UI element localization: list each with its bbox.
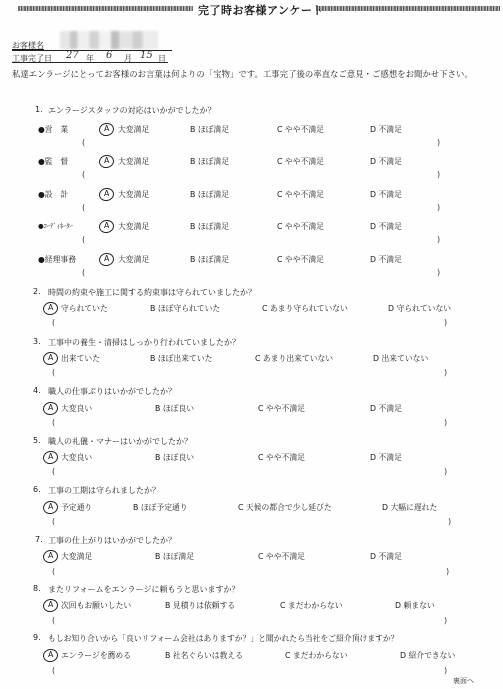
- q2-comment-open: (: [52, 318, 55, 327]
- q4-comment-open: (: [52, 418, 55, 427]
- q1-supervisor-comment-close: ): [437, 170, 440, 179]
- q1-supervisor-option-b[interactable]: B ほぼ満足: [190, 156, 229, 167]
- q1-coordinator-comment-open: (: [82, 235, 85, 244]
- q6-option-a-letter: A: [48, 502, 53, 511]
- q6-option-d[interactable]: D 大幅に遅れた: [382, 502, 437, 513]
- q9-comment-open: (: [52, 666, 55, 675]
- q5-option-a[interactable]: 大変良い: [61, 452, 92, 463]
- document-title: 完了時お客様アンケート: [198, 2, 324, 18]
- q3-option-c[interactable]: C あまり出来ていない: [255, 353, 333, 364]
- q8-option-a[interactable]: 次回もお願いしたい: [61, 600, 131, 611]
- q3-option-d[interactable]: D 出来ていない: [373, 353, 428, 364]
- q1-supervisor-option-d[interactable]: D 不満足: [370, 156, 402, 167]
- question-4-text: 職人の仕事ぶりはいかがでしたか？: [48, 386, 176, 397]
- q1-coordinator-option-b[interactable]: B ほぼ満足: [190, 221, 229, 232]
- question-8-text: またリフォームをエンラージに頼もうと思いますか？: [48, 584, 239, 595]
- q1-accounting-option-c[interactable]: C やや不満足: [277, 254, 324, 265]
- q1-supervisor-label: ●監 督: [38, 156, 68, 167]
- q9-comment-close: ): [444, 666, 447, 675]
- q1-design-comment-close: ): [437, 203, 440, 212]
- q4-comment-close: ): [444, 418, 447, 427]
- q7-comment-open: (: [52, 567, 55, 576]
- question-3-number: 3.: [33, 337, 41, 346]
- q1-supervisor-option-c[interactable]: C やや不満足: [277, 156, 324, 167]
- completion-year: 27: [66, 50, 79, 61]
- question-1-number: 1.: [35, 105, 43, 114]
- q1-design-label: ●設 計: [38, 189, 68, 200]
- q1-supervisor-option-a[interactable]: 大変満足: [118, 156, 149, 167]
- q6-comment-open: (: [52, 517, 55, 526]
- q5-option-a-letter: A: [48, 452, 53, 461]
- q5-option-b[interactable]: B ほぼ良い: [155, 452, 194, 463]
- q1-sales-comment-open: (: [82, 138, 85, 147]
- completion-date-underline: [12, 62, 168, 63]
- survey-page: 完了時お客様アンケート お客様名 工事完了日 27 年 6 月 15 日 私達エ…: [0, 0, 503, 689]
- q1-sales-label: ●営 業: [38, 124, 68, 135]
- q9-option-a[interactable]: エンラージを薦める: [61, 650, 131, 661]
- q7-option-b[interactable]: B ほぼ満足: [155, 551, 194, 562]
- q5-comment-open: (: [52, 467, 55, 476]
- q8-option-a-letter: A: [48, 600, 53, 609]
- question-2-number: 2.: [33, 287, 41, 296]
- q9-option-b[interactable]: B 社名ぐらいは教える: [165, 650, 243, 661]
- q1-accounting-option-a-letter: A: [104, 254, 109, 263]
- question-1-text: エンラージスタッフの対応はいかがでしたか？: [48, 105, 216, 116]
- q8-option-d[interactable]: D 頼まない: [395, 600, 435, 611]
- q7-option-a-letter: A: [48, 551, 53, 560]
- q1-design-option-d[interactable]: D 不満足: [370, 189, 402, 200]
- q7-option-d[interactable]: D 不満足: [370, 551, 402, 562]
- q4-option-d[interactable]: D 不満足: [370, 403, 402, 414]
- question-7-number: 7.: [35, 535, 43, 544]
- question-6-text: 工事の工期は守られましたか？: [48, 485, 160, 496]
- q8-comment-open: (: [52, 616, 55, 625]
- q9-option-c[interactable]: C まだわからない: [285, 650, 348, 661]
- q8-comment-close: ): [444, 616, 447, 625]
- q3-option-a-letter: A: [48, 353, 53, 362]
- q1-design-option-c[interactable]: C やや不満足: [277, 189, 324, 200]
- q1-design-comment-open: (: [82, 203, 85, 212]
- q2-option-c[interactable]: C あまり守られていない: [262, 303, 348, 314]
- q2-option-b[interactable]: B ほぼ守られていた: [150, 303, 220, 314]
- q1-accounting-option-b[interactable]: B ほぼ満足: [190, 254, 229, 265]
- q6-comment-close: ): [448, 517, 451, 526]
- q1-supervisor-option-a-letter: A: [104, 156, 109, 165]
- q1-accounting-comment-close: ): [437, 268, 440, 277]
- q1-coordinator-comment-close: ): [437, 235, 440, 244]
- q1-design-option-a[interactable]: 大変満足: [118, 189, 149, 200]
- completion-day: 15: [140, 50, 153, 61]
- question-2-text: 時間の約束や施工に関する約束事は守られていましたか？: [48, 287, 256, 298]
- question-5-text: 職人の礼儀・マナーはいかがでしたか？: [48, 436, 192, 447]
- q3-comment-open: (: [52, 368, 55, 377]
- completion-month: 6: [106, 50, 112, 61]
- q8-option-b[interactable]: B 見積りは依頼する: [165, 600, 235, 611]
- q1-sales-option-a[interactable]: 大変満足: [118, 124, 149, 135]
- q5-option-c[interactable]: C やや不満足: [258, 452, 305, 463]
- q5-comment-close: ): [444, 467, 447, 476]
- q1-coordinator-label: ●ｺｰﾃﾞｨﾈｰﾀｰ: [38, 221, 73, 230]
- q1-sales-option-c[interactable]: C やや不満足: [277, 124, 324, 135]
- q1-coordinator-option-c[interactable]: C やや不満足: [277, 221, 324, 232]
- q1-design-option-b[interactable]: B ほぼ満足: [190, 189, 229, 200]
- q6-option-a[interactable]: 予定通り: [61, 502, 92, 513]
- q1-sales-option-d[interactable]: D 不満足: [370, 124, 402, 135]
- q1-design-option-a-letter: A: [104, 189, 109, 198]
- q1-accounting-option-a[interactable]: 大変満足: [118, 254, 149, 265]
- title-banner-right-bar: [316, 6, 500, 11]
- q8-option-c[interactable]: C まだわからない: [280, 600, 343, 611]
- q4-option-c[interactable]: C やや不満足: [258, 403, 305, 414]
- intro-text: 私達エンラージにとってお客様のお言葉は何よりの「宝物」です。工事完了後の率直なご…: [12, 68, 473, 80]
- q6-option-c[interactable]: C 天候の都合で少し延びた: [238, 502, 332, 513]
- q1-coordinator-option-a-letter: A: [104, 221, 109, 230]
- q7-comment-close: ): [446, 567, 449, 576]
- q4-option-b[interactable]: B ほぼ良い: [155, 403, 194, 414]
- q1-accounting-label: ●経理事務: [38, 254, 76, 265]
- question-9-number: 9.: [33, 633, 41, 642]
- q1-accounting-comment-open: (: [82, 268, 85, 277]
- question-5-number: 5.: [33, 436, 41, 445]
- q6-option-b[interactable]: B ほぼ予定通り: [133, 502, 188, 513]
- q1-supervisor-comment-open: (: [82, 170, 85, 179]
- q4-option-a-letter: A: [48, 403, 53, 412]
- q2-comment-close: ): [444, 318, 447, 327]
- q3-option-a[interactable]: 出来ていた: [61, 353, 100, 364]
- question-6-number: 6.: [33, 485, 41, 494]
- question-7-text: 工事の仕上がりはいかがでしたか？: [48, 535, 176, 546]
- q1-sales-option-a-letter: A: [104, 124, 109, 133]
- q2-option-a[interactable]: 守られていた: [61, 303, 108, 314]
- q3-comment-close: ): [444, 368, 447, 377]
- customer-name-redacted: [60, 31, 158, 49]
- question-4-number: 4.: [33, 386, 41, 395]
- q5-option-d[interactable]: D 不満足: [370, 452, 402, 463]
- q1-accounting-option-d[interactable]: D 不満足: [370, 254, 402, 265]
- title-banner-left-bar: [18, 6, 193, 11]
- q2-option-a-letter: A: [48, 303, 53, 312]
- q1-sales-option-b[interactable]: B ほぼ満足: [190, 124, 229, 135]
- q9-option-a-letter: A: [48, 650, 53, 659]
- question-3-text: 工事中の養生・清掃はしっかり行われていましたか？: [48, 337, 240, 348]
- q4-option-a[interactable]: 大変良い: [61, 403, 92, 414]
- q1-sales-comment-close: ): [437, 138, 440, 147]
- question-8-number: 8.: [33, 584, 41, 593]
- q7-option-a[interactable]: 大変満足: [61, 551, 92, 562]
- continue-overleaf-mark: 裏面へ: [453, 676, 474, 686]
- q2-option-d[interactable]: D 守られていない: [388, 303, 451, 314]
- question-9-text: もしお知り合いから「良いリフォーム会社はありますか？」と聞かれたら当社をご紹介頂…: [48, 633, 398, 644]
- q1-coordinator-option-d[interactable]: D 不満足: [370, 221, 402, 232]
- q3-option-b[interactable]: B ほぼ出来ていた: [150, 353, 212, 364]
- q9-option-d[interactable]: D 紹介できない: [400, 650, 455, 661]
- q1-coordinator-option-a[interactable]: 大変満足: [118, 221, 149, 232]
- q7-option-c[interactable]: C やや不満足: [258, 551, 305, 562]
